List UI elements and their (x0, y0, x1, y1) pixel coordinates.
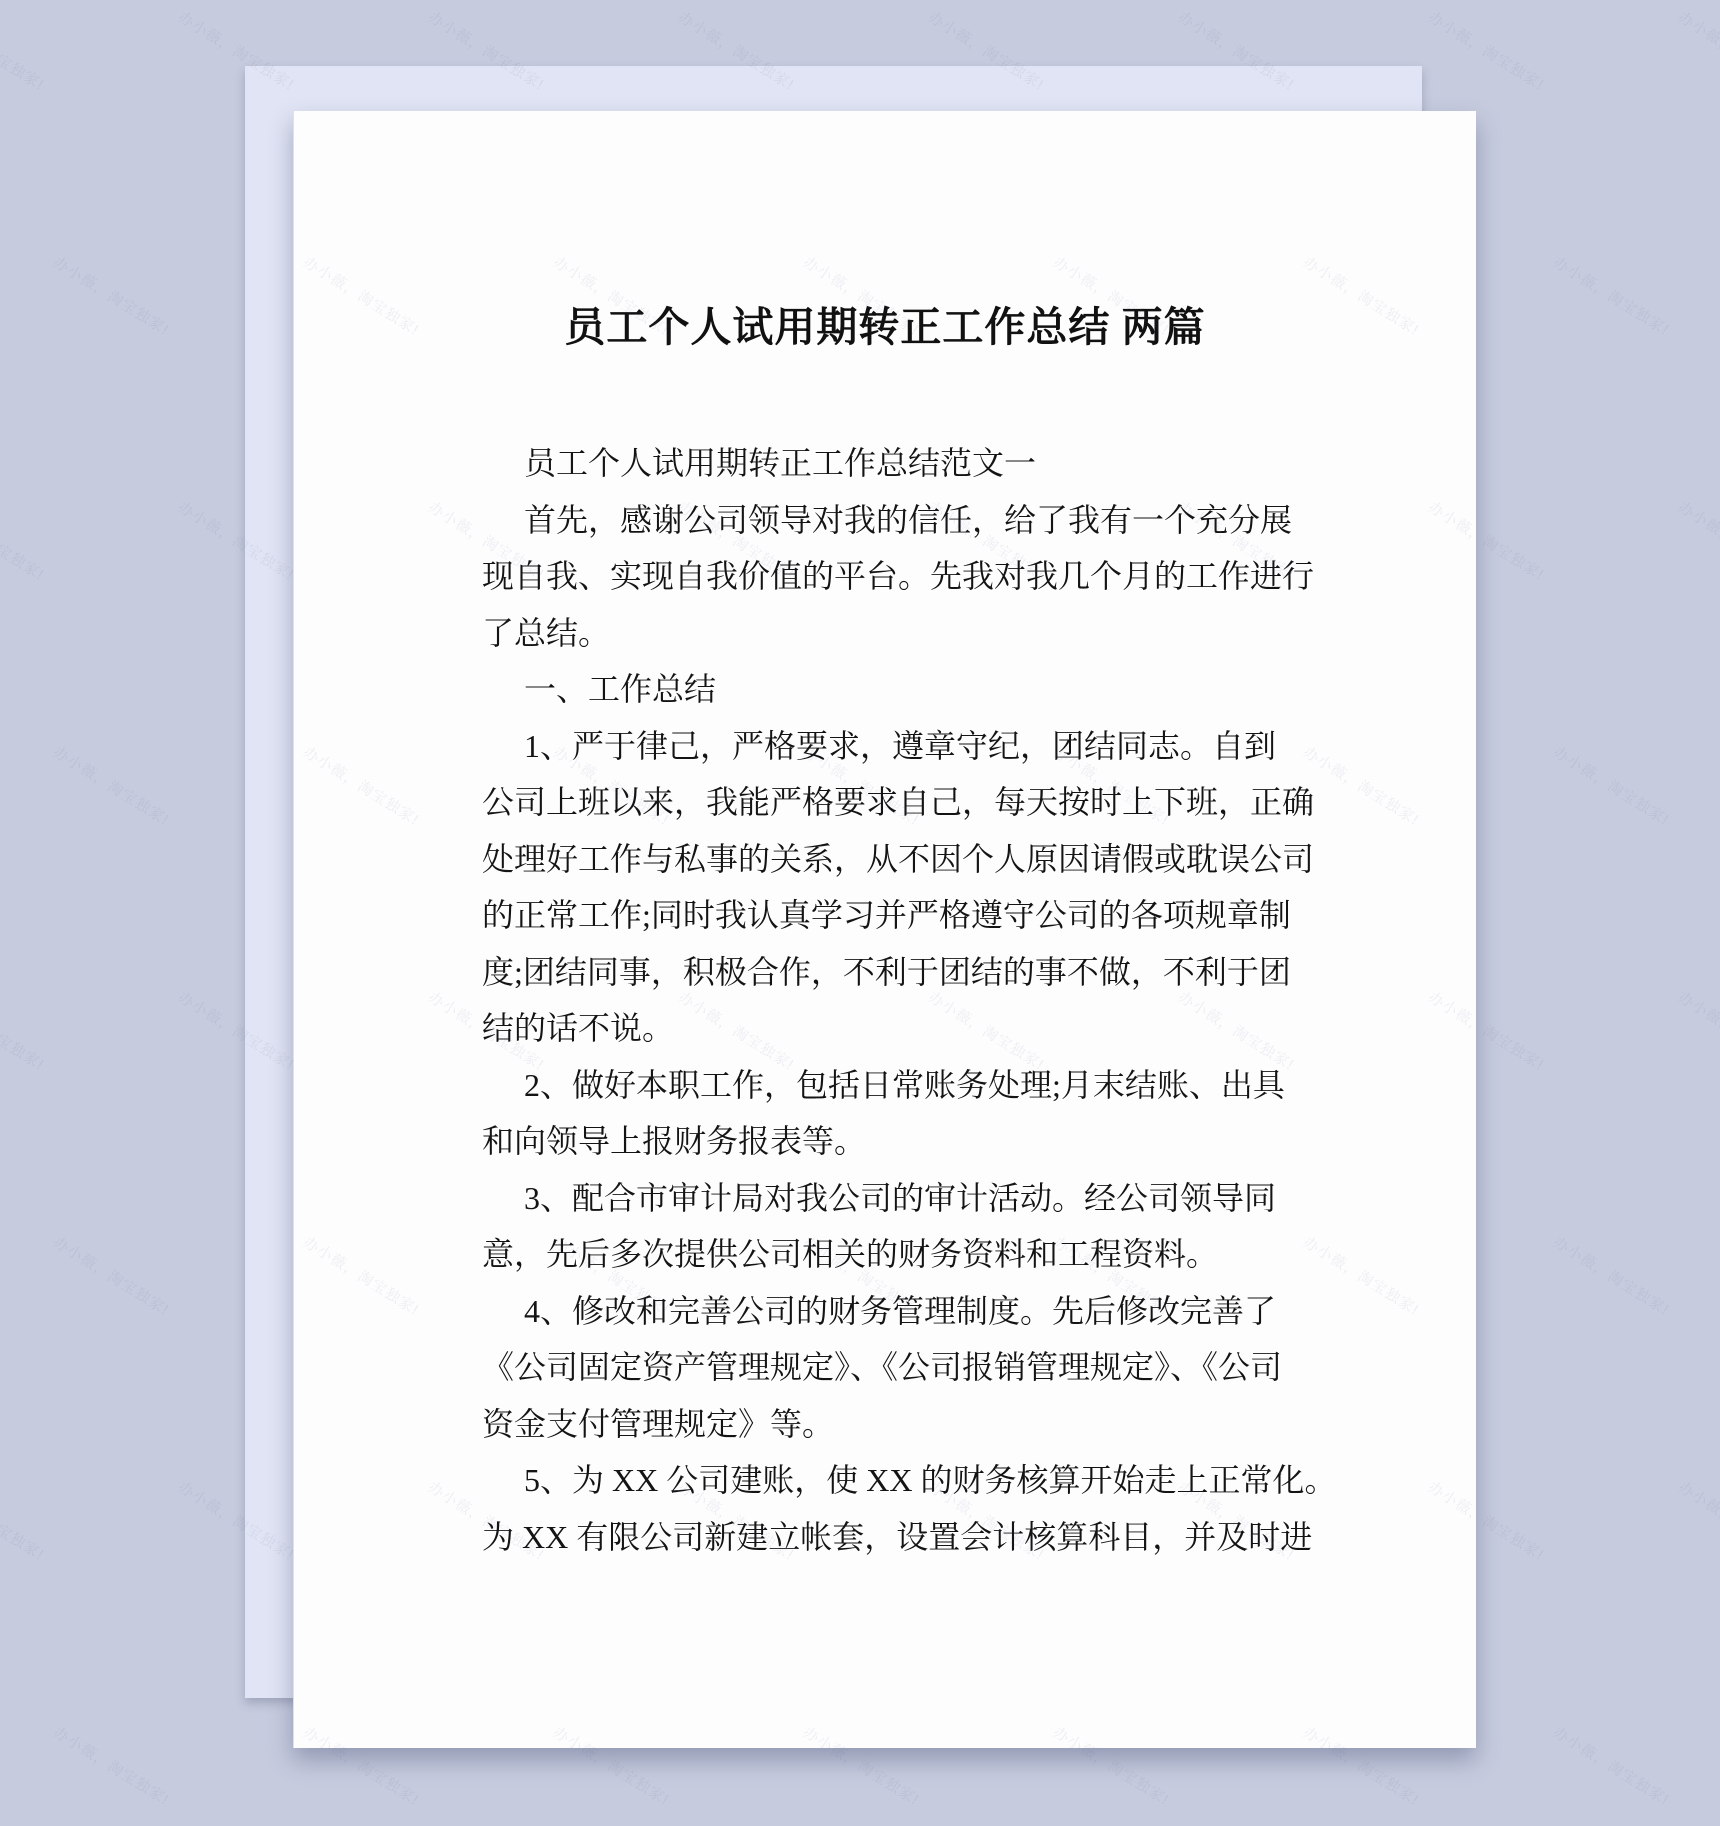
watermark-text: 办小薇，淘宝独家! (1550, 741, 1674, 829)
document-text-line: 处理好工作与私事的关系，从不因个人原因请假或耽误公司 (482, 831, 1288, 888)
document-title: 员工个人试用期转正工作总结 两篇 (294, 303, 1476, 351)
document-text-line: 和向领导上报财务报表等。 (482, 1113, 1288, 1170)
watermark-text: 办小薇，淘宝独家! (0, 496, 49, 584)
document-text-line: 度;团结同事，积极合作，不利于团结的事不做，不利于团 (482, 944, 1288, 1001)
document-page: 员工个人试用期转正工作总结 两篇 员工个人试用期转正工作总结范文一首先，感谢公司… (293, 111, 1476, 1748)
document-text-line: 1、严于律己，严格要求，遵章守纪，团结同志。自到 (482, 718, 1288, 775)
document-text-line: 意，先后多次提供公司相关的财务资料和工程资料。 (482, 1226, 1288, 1283)
watermark-text: 办小薇，淘宝独家! (1675, 986, 1720, 1074)
document-text-line: 为 XX 有限公司新建立帐套，设置会计核算科目，并及时进 (482, 1509, 1288, 1566)
watermark-text: 办小薇，淘宝独家! (1550, 251, 1674, 339)
watermark-text: 办小薇，淘宝独家! (50, 251, 174, 339)
document-text-line: 一、工作总结 (482, 661, 1288, 718)
document-text-line: 5、为 XX 公司建账，使 XX 的财务核算开始走上正常化。 (482, 1452, 1288, 1509)
watermark-text: 办小薇，淘宝独家! (0, 1476, 49, 1564)
watermark-text: 办小薇，淘宝独家! (1675, 6, 1720, 94)
watermark-text: 办小薇，淘宝独家! (1550, 1231, 1674, 1319)
document-text-line: 员工个人试用期转正工作总结范文一 (482, 435, 1288, 492)
watermark-text: 办小薇，淘宝独家! (50, 741, 174, 829)
watermark-text: 办小薇，淘宝独家! (0, 6, 49, 94)
desktop-background: 员工个人试用期转正工作总结 两篇 员工个人试用期转正工作总结范文一首先，感谢公司… (0, 0, 1720, 1826)
watermark-text: 办小薇，淘宝独家! (0, 986, 49, 1074)
watermark-text: 办小薇，淘宝独家! (1675, 496, 1720, 584)
document-text-line: 2、做好本职工作，包括日常账务处理;月末结账、出具 (482, 1057, 1288, 1114)
watermark-text: 办小薇，淘宝独家! (50, 1721, 174, 1809)
document-text-line: 3、配合市审计局对我公司的审计活动。经公司领导同 (482, 1170, 1288, 1227)
document-text-line: 资金支付管理规定》等。 (482, 1396, 1288, 1453)
document-text-line: 现自我、实现自我价值的平台。先我对我几个月的工作进行 (482, 548, 1288, 605)
document-text-line: 了总结。 (482, 605, 1288, 662)
document-text-line: 4、修改和完善公司的财务管理制度。先后修改完善了 (482, 1283, 1288, 1340)
document-text-line: 《公司固定资产管理规定》、《公司报销管理规定》、《公司 (482, 1339, 1288, 1396)
document-text-line: 的正常工作;同时我认真学习并严格遵守公司的各项规章制 (482, 887, 1288, 944)
document-text-line: 首先，感谢公司领导对我的信任，给了我有一个充分展 (482, 492, 1288, 549)
watermark-text: 办小薇，淘宝独家! (50, 1231, 174, 1319)
watermark-text: 办小薇，淘宝独家! (1425, 6, 1549, 94)
document-text-line: 公司上班以来，我能严格要求自己，每天按时上下班，正确 (482, 774, 1288, 831)
document-body: 员工个人试用期转正工作总结范文一首先，感谢公司领导对我的信任，给了我有一个充分展… (294, 435, 1476, 1565)
watermark-text: 办小薇，淘宝独家! (1550, 1721, 1674, 1809)
watermark-text: 办小薇，淘宝独家! (1675, 1476, 1720, 1564)
document-text-line: 结的话不说。 (482, 1000, 1288, 1057)
